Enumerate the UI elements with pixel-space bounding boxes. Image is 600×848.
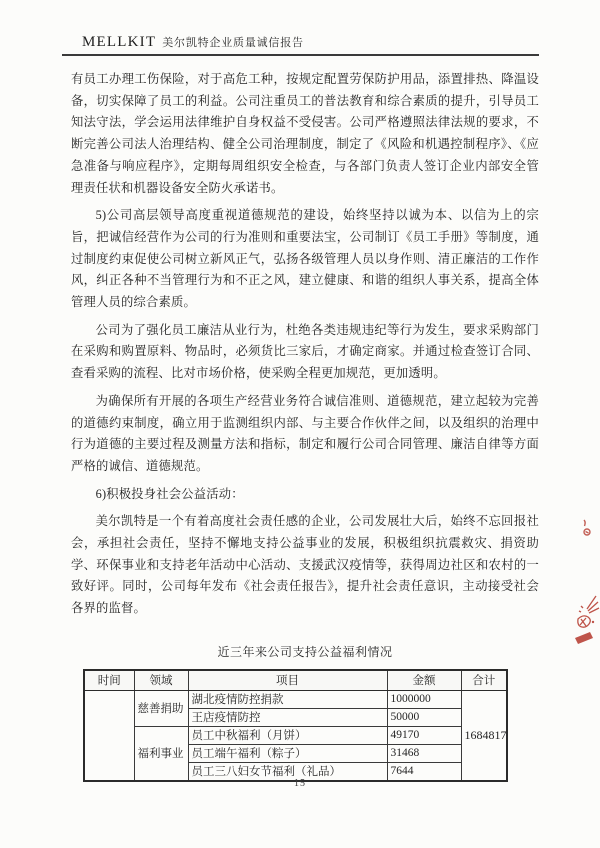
paragraph-item-6: 6)积极投身社会公益活动： bbox=[71, 484, 539, 506]
cell-amount: 49170 bbox=[387, 726, 461, 744]
report-title: 美尔凯特企业质量诚信报告 bbox=[162, 34, 304, 50]
cell-amount: 1000000 bbox=[387, 690, 461, 708]
cell-project: 湖北疫情防控捐款 bbox=[188, 690, 387, 708]
cell-project: 员工中秋福利（月饼） bbox=[188, 726, 387, 744]
running-header: MELLKIT 美尔凯特企业质量诚信报告 bbox=[82, 34, 304, 51]
red-ink-scribble bbox=[569, 592, 600, 649]
table-row: 慈善捐助 湖北疫情防控捐款 1000000 1684817 bbox=[84, 690, 507, 708]
col-header-domain: 领域 bbox=[134, 670, 188, 691]
page-content: 有员工办理工伤保险，对于高危工种，按规定配置劳保防护用品，添置排热、降温设备，切… bbox=[71, 69, 539, 782]
cell-project: 员工端午福利（粽子） bbox=[188, 744, 387, 762]
paragraph-ethics: 为确保所有开展的各项生产经营业务符合诚信准则、道德规范，建立起较为完善的道德约束… bbox=[71, 391, 539, 478]
page-number: 15 bbox=[0, 778, 600, 789]
table-header-row: 时间 领域 项目 金额 合计 bbox=[84, 670, 507, 691]
table-row: 福利事业 员工中秋福利（月饼） 49170 bbox=[84, 726, 507, 744]
paragraph-item-5: 5)公司高层领导高度重视道德规范的建设，始终坚持以诚为本、以信为上的宗旨，把诚信… bbox=[71, 205, 539, 314]
cell-amount: 50000 bbox=[387, 708, 461, 726]
col-header-project: 项目 bbox=[188, 670, 387, 691]
document-page: MELLKIT 美尔凯特企业质量诚信报告 有员工办理工伤保险，对于高危工种，按规… bbox=[0, 0, 600, 848]
paragraph-procurement: 公司为了强化员工廉洁从业行为，杜绝各类违规违纪等行为发生，要求采购部门在采购和购… bbox=[71, 320, 539, 385]
red-ink-small-mark bbox=[575, 515, 597, 545]
cell-domain-charity: 慈善捐助 bbox=[134, 690, 188, 726]
cell-total: 1684817 bbox=[461, 690, 507, 781]
col-header-amount: 金额 bbox=[387, 670, 461, 691]
header-divider bbox=[62, 54, 539, 56]
col-header-time: 时间 bbox=[84, 670, 134, 691]
cell-amount: 31468 bbox=[387, 744, 461, 762]
col-header-total: 合计 bbox=[461, 670, 507, 691]
cell-time bbox=[84, 690, 134, 781]
welfare-table: 时间 领域 项目 金额 合计 慈善捐助 湖北疫情防控捐款 1000000 168… bbox=[83, 669, 508, 782]
paragraph-continuation: 有员工办理工伤保险，对于高危工种，按规定配置劳保防护用品，添置排热、降温设备，切… bbox=[71, 69, 539, 199]
scribble-strokes bbox=[578, 596, 599, 627]
cell-domain-welfare: 福利事业 bbox=[134, 726, 188, 781]
paragraph-social-responsibility: 美尔凯特是一个有着高度社会责任感的企业，公司发展壮大后，始终不忘回报社会，承担社… bbox=[71, 511, 539, 620]
company-logo-text: MELLKIT bbox=[82, 34, 156, 51]
table-title: 近三年来公司支持公益福利情况 bbox=[71, 643, 539, 660]
cell-project: 王店疫情防控 bbox=[188, 708, 387, 726]
